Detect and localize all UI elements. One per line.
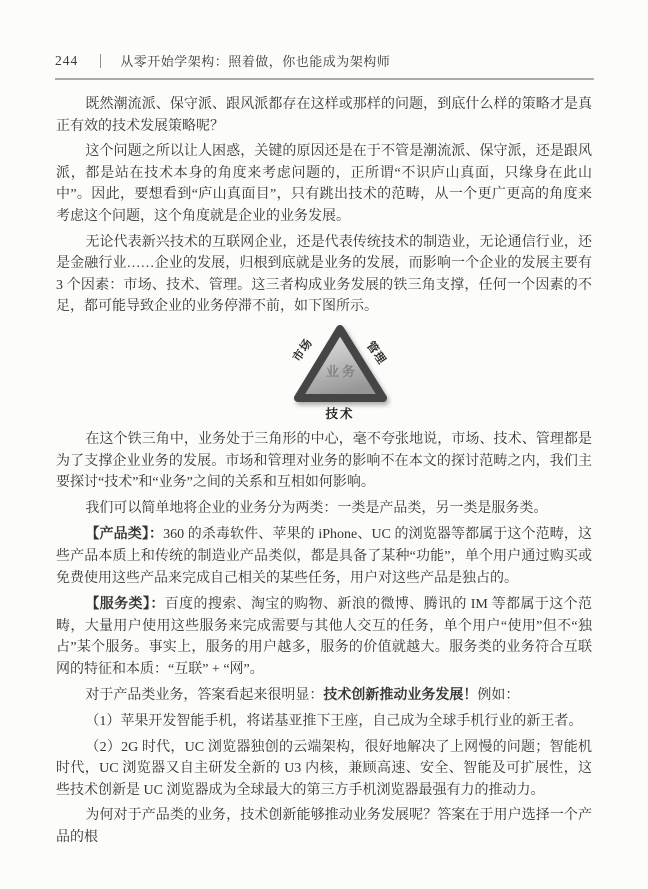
header-divider [100,54,101,68]
paragraph: 【服务类】：百度的搜索、淘宝的购物、新浪的微博、腾讯的 IM 等都属于这个范畴，… [56,593,592,680]
page-body: 既然潮流派、保守派、跟风派都存在这样或那样的问题，到底什么样的策略才是真正有效的… [56,94,592,849]
paragraph: 这个问题之所以让人困惑，关键的原因还是在于不管是潮流派、保守派，还是跟风派，都是… [56,141,592,227]
text-run: 为何对于产品类的业务，技术创新能够推动业务发展呢？答案在于用户选择一个产品的根 [56,808,592,845]
text-run: 例如： [477,688,519,703]
paragraph: 为何对于产品类的业务，技术创新能够推动业务发展呢？答案在于用户选择一个产品的根 [56,805,592,848]
text-run: （1）苹果开发智能手机，将诺基亚推下王座，自己成为全球手机行业的新王者。 [85,714,582,729]
paragraph: （1）苹果开发智能手机，将诺基亚推下王座，自己成为全球手机行业的新王者。 [56,711,592,733]
paragraph: 无论代表新兴技术的互联网企业，还是代表传统技术的制造业，无论通信行业，还是金融行… [56,232,592,318]
paragraph: 我们可以简单地将企业的业务分为两类：一类是产品类，另一类是服务类。 [56,498,592,520]
paragraph: 既然潮流派、保守派、跟风派都存在这样或那样的问题，到底什么样的策略才是真正有效的… [56,94,592,137]
triangle-center-label: 业务 [326,364,358,379]
triangle-left-label: 市场 [289,336,315,365]
text-run: 我们可以简单地将企业的业务分为两类：一类是产品类，另一类是服务类。 [85,501,547,516]
body-text-bottom: 在这个铁三角中，业务处于三角形的中心，毫不夸张地说，市场、技术、管理都是为了支撑… [56,429,592,849]
emphasis-text: 技术创新推动业务发展！ [323,686,477,702]
emphasis-text: 【产品类】： [85,525,163,541]
page-number: 244 [55,53,78,69]
text-run: （2）2G 时代，UC 浏览器独创的云端架构，很好地解决了上网慢的问题；智能机时… [56,740,592,798]
paragraph: 在这个铁三角中，业务处于三角形的中心，毫不夸张地说，市场、技术、管理都是为了支撑… [56,429,592,494]
body-text-top: 既然潮流派、保守派、跟风派都存在这样或那样的问题，到底什么样的策略才是真正有效的… [56,94,592,318]
iron-triangle-diagram: 市场 管理 业务 技术 [238,323,442,429]
book-title: 从零开始学架构：照着做，你也能成为架构师 [120,51,390,70]
text-run: 这个问题之所以让人困惑，关键的原因还是在于不管是潮流派、保守派，还是跟风派，都是… [56,144,592,224]
text-run: 无论代表新兴技术的互联网企业，还是代表传统技术的制造业，无论通信行业，还是金融行… [56,235,592,315]
page-header: 244 从零开始学架构：照着做，你也能成为架构师 [55,51,594,80]
paragraph: （2）2G 时代，UC 浏览器独创的云端架构，很好地解决了上网慢的问题；智能机时… [56,737,592,802]
paragraph: 对于产品类业务，答案看起来很明显：技术创新推动业务发展！例如： [56,684,592,707]
paragraph: 【产品类】：360 的杀毒软件、苹果的 iPhone、UC 的浏览器等都属于这个… [56,523,592,589]
iron-triangle-figure: 市场 管理 业务 技术 [56,323,592,429]
emphasis-text: 【服务类】： [85,595,164,611]
text-run: 在这个铁三角中，业务处于三角形的中心，毫不夸张地说，市场、技术、管理都是为了支撑… [56,432,592,490]
triangle-bottom-label: 技术 [324,406,354,421]
triangle-right-label: 管理 [364,339,390,368]
book-page: { "header": { "page_number": "244", "boo… [0,0,648,889]
text-run: 对于产品类业务，答案看起来很明显： [85,688,323,703]
text-run: 既然潮流派、保守派、跟风派都存在这样或那样的问题，到底什么样的策略才是真正有效的… [56,97,592,134]
